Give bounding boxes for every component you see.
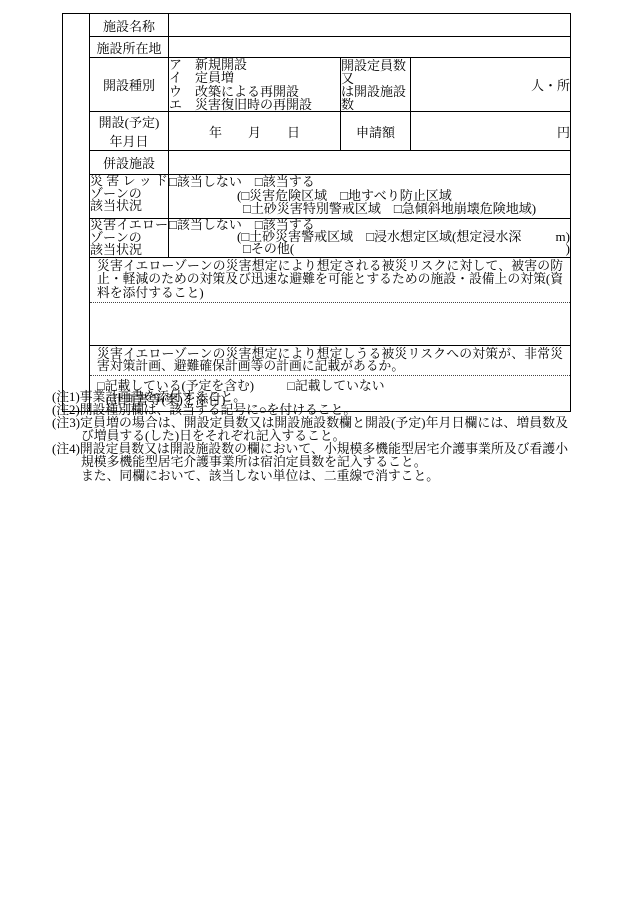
application-form-table: 施設名称 施設所在地 開設種別 ア 新規開設 イ 定員増 ウ 改築による再開設 … xyxy=(62,13,571,412)
facility-name-label: 施設名称 xyxy=(90,14,169,37)
application-amount-label: 申請額 xyxy=(341,112,411,151)
row-yellow-zone: 災害イエロー ゾーンの 該当状況 □該当しない □該当する (□土砂災害警戒区域… xyxy=(63,219,571,258)
row-opening-type: 開設種別 ア 新規開設 イ 定員増 ウ 改築による再開設 エ 災害復旧時の再開設… xyxy=(63,58,571,112)
annexed-facility-label: 併設施設 xyxy=(90,151,169,175)
opening-date-value[interactable]: 年 月 日 xyxy=(169,112,341,151)
yellow-zone-label: 災害イエロー ゾーンの 該当状況 xyxy=(90,219,169,258)
row-opening-date: 開設(予定) 年月日 年 月 日 申請額 円 xyxy=(63,112,571,151)
opening-type-option-i[interactable]: イ 定員増 xyxy=(169,71,340,84)
capacity-label-line2: は開設施設数 xyxy=(341,85,410,111)
row-red-zone: 災害レッド ゾーンの 該当状況 □該当しない □該当する (□災害危険区域 □地… xyxy=(63,175,571,219)
application-amount-unit: 円 xyxy=(557,125,570,140)
row-annexed-facility: 併設施設 xyxy=(63,151,571,175)
yellow-zone-options: □該当しない □該当する (□土砂災害警戒区域 □浸水想定区域(想定浸水深 m)… xyxy=(169,219,571,258)
row-measures: 災害イエローゾーンの災害想定により想定される被災リスクに対して、被害の防止・軽減… xyxy=(63,257,571,345)
row-facility-address: 施設所在地 xyxy=(63,37,571,58)
row-facility-name: 施設名称 xyxy=(63,14,571,37)
facility-address-value[interactable] xyxy=(169,37,571,58)
annexed-facility-value[interactable] xyxy=(169,151,571,175)
red-zone-options: □該当しない □該当する (□災害危険区域 □地すべり防止区域 □土砂災害特別警… xyxy=(169,175,571,219)
opening-date-label-line1: 開設(予定) xyxy=(90,112,168,131)
note-1-text: 事業計画書を添付すること。 xyxy=(80,390,246,404)
application-form: 施設名称 施設所在地 開設種別 ア 新規開設 イ 定員増 ウ 改築による再開設 … xyxy=(62,13,571,412)
capacity-label: 開設定員数又 は開設施設数 xyxy=(341,58,411,112)
capacity-label-line1: 開設定員数又 xyxy=(341,59,410,85)
measures-description: 災害イエローゾーンの災害想定により想定される被災リスクに対して、被害の防止・軽減… xyxy=(90,258,570,303)
opening-type-options: ア 新規開設 イ 定員増 ウ 改築による再開設 エ 災害復旧時の再開設 xyxy=(169,58,341,112)
opening-date-label: 開設(予定) 年月日 xyxy=(90,112,169,151)
capacity-value-cell[interactable]: 人・所 xyxy=(411,58,571,112)
red-zone-label: 災害レッド ゾーンの 該当状況 xyxy=(90,175,169,219)
red-zone-label-line3: 該当状況 xyxy=(90,200,168,213)
red-zone-checkbox-line-2[interactable]: (□災害危険区域 □地すべり防止区域 xyxy=(169,189,570,203)
note-1-label: (注1) xyxy=(52,390,80,404)
document-page: 施設名称 施設所在地 開設種別 ア 新規開設 イ 定員増 ウ 改築による再開設 … xyxy=(0,0,630,903)
notes-section: (注1)事業計画書を添付すること。 (注2)開設種別欄は、該当する記号に○を付け… xyxy=(52,391,568,483)
plan-status-question: 災害イエローゾーンの災害想定により想定しうる被災リスクへの対策が、非常災害対策計… xyxy=(90,346,570,376)
yellow-zone-line3-right: ) xyxy=(566,243,570,255)
measures-cell: 災害イエローゾーンの災害想定により想定される被災リスクに対して、被害の防止・軽減… xyxy=(90,257,571,345)
yellow-zone-checkbox-line-2[interactable]: (□土砂災害警戒区域 □浸水想定区域(想定浸水深 m) xyxy=(169,231,570,243)
note-4-continuation: また、同欄において、該当しない単位は、二重線で消すこと。 xyxy=(52,470,568,483)
capacity-unit: 人・所 xyxy=(531,78,570,93)
note-4-label: (注4) xyxy=(52,442,80,456)
note-3-text: 定員増の場合は、開設定員数又は開設施設数欄と開設(予定)年月日欄には、増員数及び… xyxy=(80,416,568,443)
note-2-label: (注2) xyxy=(52,403,80,417)
yellow-zone-label-line3: 該当状況 xyxy=(90,244,168,257)
opening-type-label: 開設種別 xyxy=(90,58,169,112)
note-4-text: 開設定員数又は開設施設数の欄において、小規模多機能型居宅介護事業所及び看護小規模… xyxy=(80,442,568,469)
note-3-label: (注3) xyxy=(52,416,80,430)
note-4: (注4)開設定員数又は開設施設数の欄において、小規模多機能型居宅介護事業所及び看… xyxy=(52,443,568,469)
note-3: (注3)定員増の場合は、開設定員数又は開設施設数欄と開設(予定)年月日欄には、増… xyxy=(52,417,568,443)
outer-margin-cell xyxy=(63,14,90,412)
facility-name-value[interactable] xyxy=(169,14,571,37)
opening-type-option-u[interactable]: ウ 改築による再開設 xyxy=(169,85,340,98)
application-amount-cell[interactable]: 円 xyxy=(411,112,571,151)
red-zone-checkbox-line-1[interactable]: □該当しない □該当する xyxy=(169,175,570,189)
yellow-zone-line3-left: □その他( xyxy=(243,243,294,255)
note-2-text: 開設種別欄は、該当する記号に○を付けること。 xyxy=(80,403,356,417)
yellow-zone-checkbox-line-3[interactable]: □その他( ) xyxy=(169,243,570,255)
measures-answer-space[interactable] xyxy=(90,303,570,344)
opening-date-label-line2: 年月日 xyxy=(90,131,168,150)
opening-type-option-e[interactable]: エ 災害復旧時の再開設 xyxy=(169,98,340,111)
facility-address-label: 施設所在地 xyxy=(90,37,169,58)
red-zone-checkbox-line-3[interactable]: □土砂災害特別警戒区域 □急傾斜地崩壊危険地域) xyxy=(169,202,570,216)
